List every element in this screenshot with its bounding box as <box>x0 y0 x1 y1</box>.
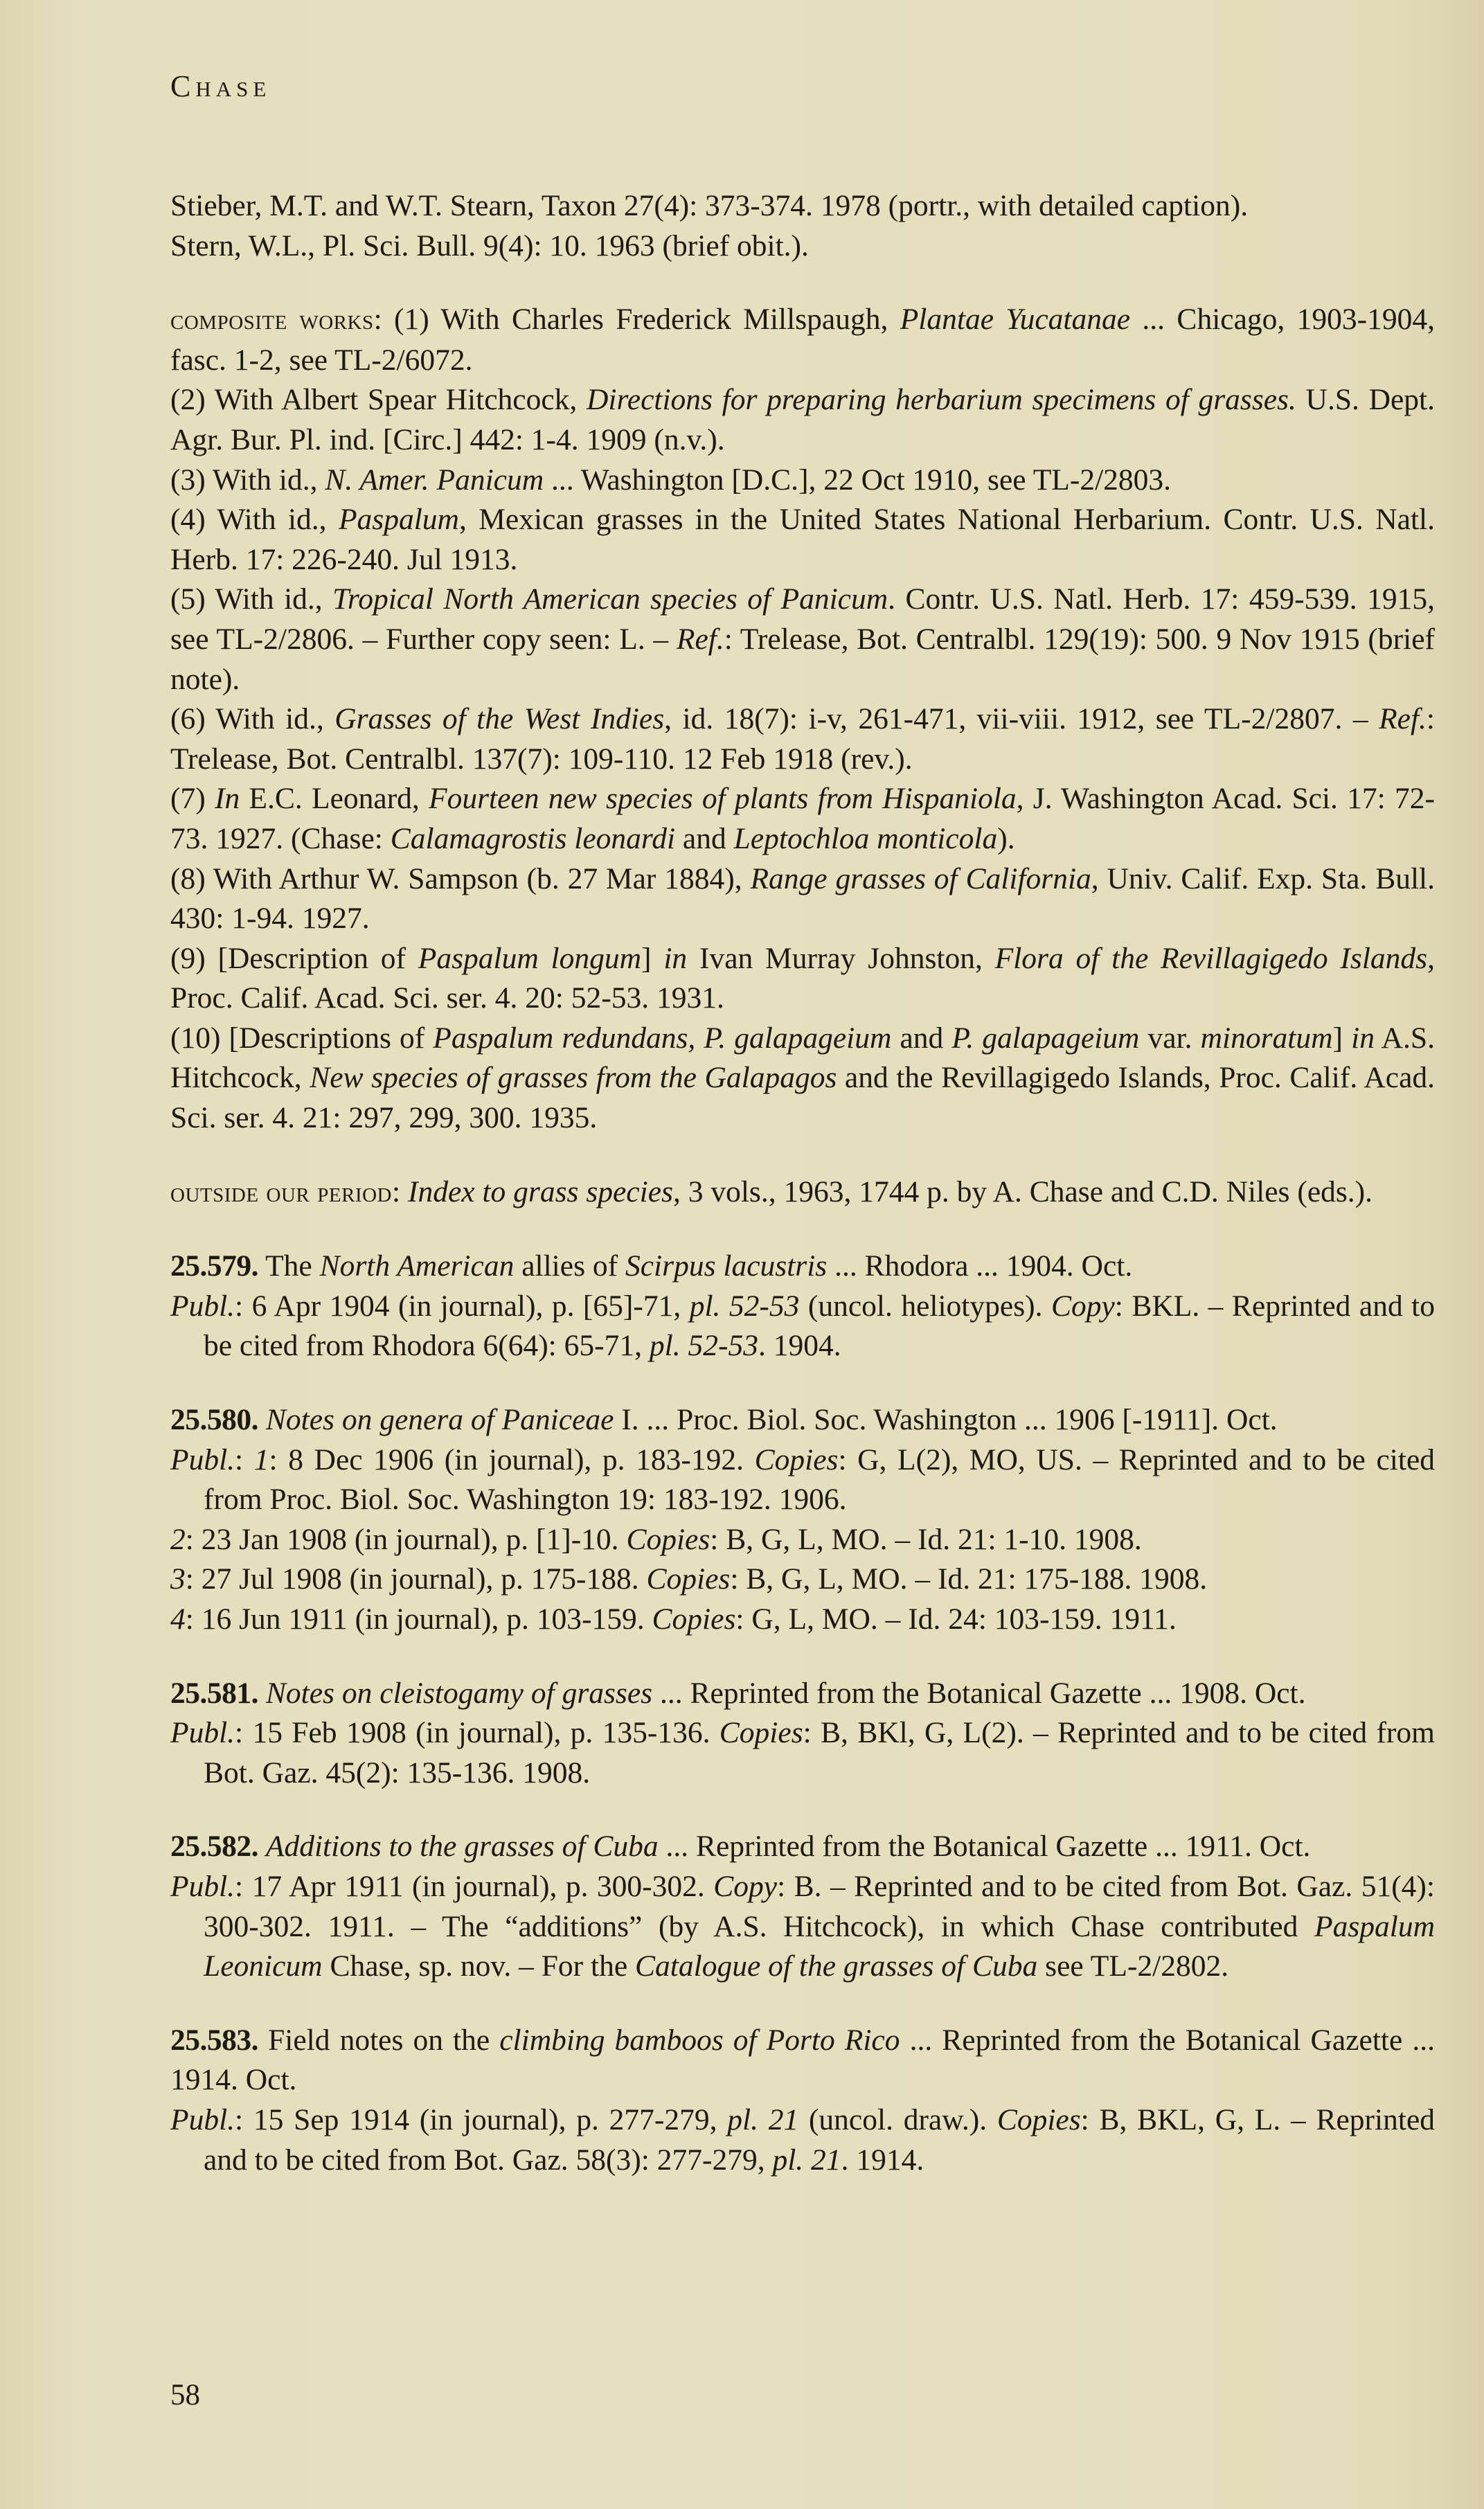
composite-work-paragraph: (2) With Albert Spear Hitchcock, Directi… <box>170 380 1435 460</box>
text-run: Field notes on the <box>258 2024 499 2057</box>
body-text: Stieber, M.T. and W.T. Stearn, Taxon 27(… <box>170 186 1435 2180</box>
text-run: , id. 18(7): i-v, 261-471, vii-viii. 191… <box>664 702 1379 735</box>
entry-publ-paragraph: 3: 27 Jul 1908 (in journal), p. 175-188.… <box>170 1560 1435 1600</box>
italic-run: in <box>663 942 687 975</box>
text-run: and <box>891 1021 951 1055</box>
text-run: see TL-2/2802. <box>1037 1949 1228 1983</box>
entry-publ-paragraph: Publ.: 6 Apr 1904 (in journal), p. [65]-… <box>170 1287 1435 1366</box>
italic-run: Range grasses of California <box>750 862 1091 895</box>
section-label: Outside our period <box>170 1177 392 1208</box>
text-run: (8) With Arthur W. Sampson (b. 27 Mar 18… <box>170 862 750 895</box>
text-run: (4) With id., <box>170 503 339 536</box>
text-run: (5) With id., <box>170 582 332 616</box>
italic-run: Notes on genera of Paniceae <box>266 1403 614 1436</box>
italic-run: mino­ratum <box>1201 1021 1333 1055</box>
italic-run: in <box>1351 1021 1375 1055</box>
text-run: I. ... Proc. Biol. Soc. Washington ... 1… <box>614 1403 1277 1436</box>
italic-run: 2 <box>170 1523 186 1556</box>
entry-number: 25.580. <box>170 1403 258 1436</box>
entry-publ-paragraph: Publ.: 1: 8 Dec 1906 (in journal), p. 18… <box>170 1440 1435 1520</box>
text-run: (uncol. heliotypes). <box>799 1289 1051 1323</box>
text-run <box>258 1677 266 1710</box>
text-run: ... Reprinted from the Botanical Gazette… <box>652 1677 1305 1710</box>
italic-run: Ref. <box>677 623 724 656</box>
italic-run: Additions to the grasses of Cuba <box>266 1830 659 1863</box>
text-run: (uncol. draw.). <box>798 2103 997 2136</box>
italic-run: Publ. <box>170 2103 235 2136</box>
text-run: : 17 Apr 1911 (in journal), p. 300-302. <box>235 1870 713 1903</box>
text-run: ... Washington [D.C.], 22 Oct 1910, see … <box>544 463 1171 497</box>
italic-run: 4 <box>170 1602 186 1636</box>
italic-run: Copies <box>626 1523 710 1556</box>
composite-work-paragraph: (8) With Arthur W. Sampson (b. 27 Mar 18… <box>170 859 1435 939</box>
text-run <box>258 1830 266 1863</box>
italic-run: Notes on cleistogamy of grasses <box>266 1677 652 1710</box>
italic-run: Publ. <box>170 1443 235 1476</box>
text-run: , 3 vols., 1963, 1744 p. by A. Chase and… <box>673 1175 1373 1208</box>
italic-run: Index to grass species <box>408 1175 673 1208</box>
text-run: : <box>392 1175 408 1208</box>
italic-run: North American <box>320 1249 515 1283</box>
italic-run: Grasses of the West Indies <box>334 702 664 735</box>
composite-work-paragraph: (7) In E.C. Leonard, Fourteen new specie… <box>170 779 1435 859</box>
outside-period-paragraph: Outside our period: Index to grass speci… <box>170 1172 1435 1213</box>
running-head: Chase <box>170 66 271 107</box>
text-run: The <box>258 1249 320 1283</box>
section-label: Composite works <box>170 304 374 336</box>
entry-number: 25.579. <box>170 1249 258 1283</box>
italic-run: Copies <box>646 1562 730 1596</box>
entry-publ-paragraph: Publ.: 17 Apr 1911 (in journal), p. 300-… <box>170 1867 1435 1987</box>
text-run: (3) With id., <box>170 463 325 497</box>
text-run: ). <box>997 822 1014 855</box>
italic-run: Fourteen new species of plants from Hisp… <box>429 782 1017 815</box>
text-run: : 23 Jan 1908 (in journal), p. [1]-10. <box>186 1523 627 1556</box>
entry-title-paragraph: 25.580. Notes on genera of Paniceae I. .… <box>170 1400 1435 1440</box>
text-run: Chase, sp. nov. – For the <box>323 1949 635 1983</box>
text-run: (7) <box>170 782 215 815</box>
composite-work-paragraph: (10) [Descriptions of Paspalum redundans… <box>170 1019 1435 1139</box>
composite-work-paragraph: (6) With id., Grasses of the West Indies… <box>170 699 1435 779</box>
text-run: (2) With Albert Spear Hitchcock, <box>170 383 587 416</box>
text-run: allies of <box>514 1249 625 1283</box>
text-run: Stieber, M.T. and W.T. Stearn, Taxon 27(… <box>170 189 1248 222</box>
entry-number: 25.582. <box>170 1830 258 1863</box>
italic-run: Copies <box>719 1716 803 1749</box>
entry-publ-paragraph: Publ.: 15 Sep 1914 (in journal), p. 277-… <box>170 2100 1435 2180</box>
entry-number: 25.581. <box>170 1677 258 1710</box>
entry-publ-paragraph: 4: 16 Jun 1911 (in journal), p. 103-159.… <box>170 1600 1435 1640</box>
text-run: : <box>235 1443 254 1476</box>
reference-paragraph: Stieber, M.T. and W.T. Stearn, Taxon 27(… <box>170 186 1435 226</box>
composite-work-paragraph: (3) With id., N. Amer. Panicum ... Washi… <box>170 461 1435 501</box>
italic-run: Publ. <box>170 1870 235 1903</box>
text-run: : 15 Sep 1914 (in journal), p. 277-279, <box>235 2103 727 2136</box>
text-run: : G, L, MO. – Id. 24: 103-159. 1911. <box>735 1602 1176 1636</box>
entry-publ-paragraph: Publ.: 15 Feb 1908 (in journal), p. 135-… <box>170 1713 1435 1793</box>
italic-run: Scirpus lacustris <box>625 1249 827 1283</box>
composite-work-paragraph: (4) With id., Paspalum, Mexican grasses … <box>170 500 1435 580</box>
entry-number: 25.583. <box>170 2024 258 2057</box>
reference-paragraph: Stern, W.L., Pl. Sci. Bull. 9(4): 10. 19… <box>170 226 1435 267</box>
italic-run: Plantae Yucatanae <box>900 303 1130 336</box>
italic-run: Copies <box>997 2103 1081 2136</box>
italic-run: Copy <box>713 1870 777 1903</box>
text-run: : 16 Jun 1911 (in journal), p. 103-159. <box>186 1602 652 1636</box>
italic-run: pl. 21 <box>727 2103 798 2136</box>
italic-run: pl. 21 <box>772 2143 841 2177</box>
italic-run: N. Amer. Panicum <box>325 463 544 497</box>
italic-run: Paspalum longum <box>418 942 641 975</box>
text-run <box>258 1403 266 1436</box>
composite-work-paragraph: (9) [Description of Paspalum longum] in … <box>170 939 1435 1019</box>
text-run: ... Rhodora ... 1904. Oct. <box>827 1249 1132 1283</box>
italic-run: Calamagrostis leonardi <box>391 822 675 855</box>
italic-run: pl. 52-53 <box>690 1289 800 1323</box>
text-run: : 27 Jul 1908 (in journal), p. 175-188. <box>186 1562 647 1596</box>
text-run: : 8 Dec 1906 (in journal), p. 183-192. <box>269 1443 755 1476</box>
italic-run: Paspalum <box>339 503 459 536</box>
italic-run: Tropical North American species of Panic… <box>332 582 888 616</box>
entry-title-paragraph: 25.579. The North American allies of Sci… <box>170 1247 1435 1287</box>
text-run: : (1) With Charles Frederick Millspaugh, <box>374 303 900 336</box>
composite-work-paragraph: (5) With id., Tropical North American sp… <box>170 580 1435 699</box>
text-run: ] <box>641 942 663 975</box>
entry-publ-paragraph: 2: 23 Jan 1908 (in journal), p. [1]-10. … <box>170 1520 1435 1560</box>
italic-run: Copies <box>755 1443 839 1476</box>
text-run: ... Reprinted from the Botanical Gazette… <box>659 1830 1311 1863</box>
italic-run: P. galapageium <box>951 1021 1139 1055</box>
text-run: ] <box>1333 1021 1352 1055</box>
composite-work-paragraph: Composite works: (1) With Charles Freder… <box>170 300 1435 380</box>
italic-run: Ref. <box>1379 702 1427 735</box>
text-run: : 6 Apr 1904 (in journal), p. [65]-71, <box>235 1289 690 1323</box>
text-run: . 1904. <box>758 1329 841 1362</box>
italic-run: Publ. <box>170 1289 235 1323</box>
text-run: E.C. Leonard, <box>240 782 429 815</box>
text-run: (6) With id., <box>170 702 334 735</box>
text-run: : 15 Feb 1908 (in journal), p. 135-136. <box>235 1716 719 1749</box>
text-run: Ivan Murray Johnston, <box>687 942 994 975</box>
entry-title-paragraph: 25.582. Additions to the grasses of Cuba… <box>170 1827 1435 1867</box>
text-run: var. <box>1139 1021 1200 1055</box>
italic-run: 3 <box>170 1562 186 1596</box>
entry-title-paragraph: 25.581. Notes on cleistogamy of grasses … <box>170 1674 1435 1714</box>
italic-run: 1 <box>254 1443 269 1476</box>
italic-run: In <box>215 782 240 815</box>
italic-run: Catalogue of the grasses of Cuba <box>635 1949 1037 1983</box>
italic-run: Flora of the Revillagigedo Islands <box>995 942 1427 975</box>
italic-run: Copy <box>1051 1289 1115 1323</box>
text-run: : B, G, L, MO. – Id. 21: 1-10. 1908. <box>710 1523 1142 1556</box>
page-number: 58 <box>170 2375 200 2416</box>
entry-title-paragraph: 25.583. Field notes on the climbing bamb… <box>170 2021 1435 2100</box>
italic-run: Publ. <box>170 1716 235 1749</box>
italic-run: climbing bamboos of Porto Rico <box>499 2024 900 2057</box>
text-run: : B, G, L, MO. – Id. 21: 175-188. 1908. <box>730 1562 1207 1596</box>
italic-run: Directions for preparing herbarium speci… <box>587 383 1296 416</box>
italic-run: Paspalum redundans, P. galapageium <box>433 1021 891 1055</box>
italic-run: New species of grasses from the Galapago… <box>310 1061 837 1094</box>
text-run: Stern, W.L., Pl. Sci. Bull. 9(4): 10. 19… <box>170 229 809 262</box>
text-run: and <box>675 822 734 855</box>
text-run: . 1914. <box>841 2143 924 2177</box>
text-run: (10) [Descriptions of <box>170 1021 433 1055</box>
italic-run: Copies <box>652 1602 736 1636</box>
italic-run: pl. 52-53 <box>650 1329 758 1362</box>
text-run: (9) [Description of <box>170 942 418 975</box>
italic-run: Leptochloa monticola <box>734 822 998 855</box>
